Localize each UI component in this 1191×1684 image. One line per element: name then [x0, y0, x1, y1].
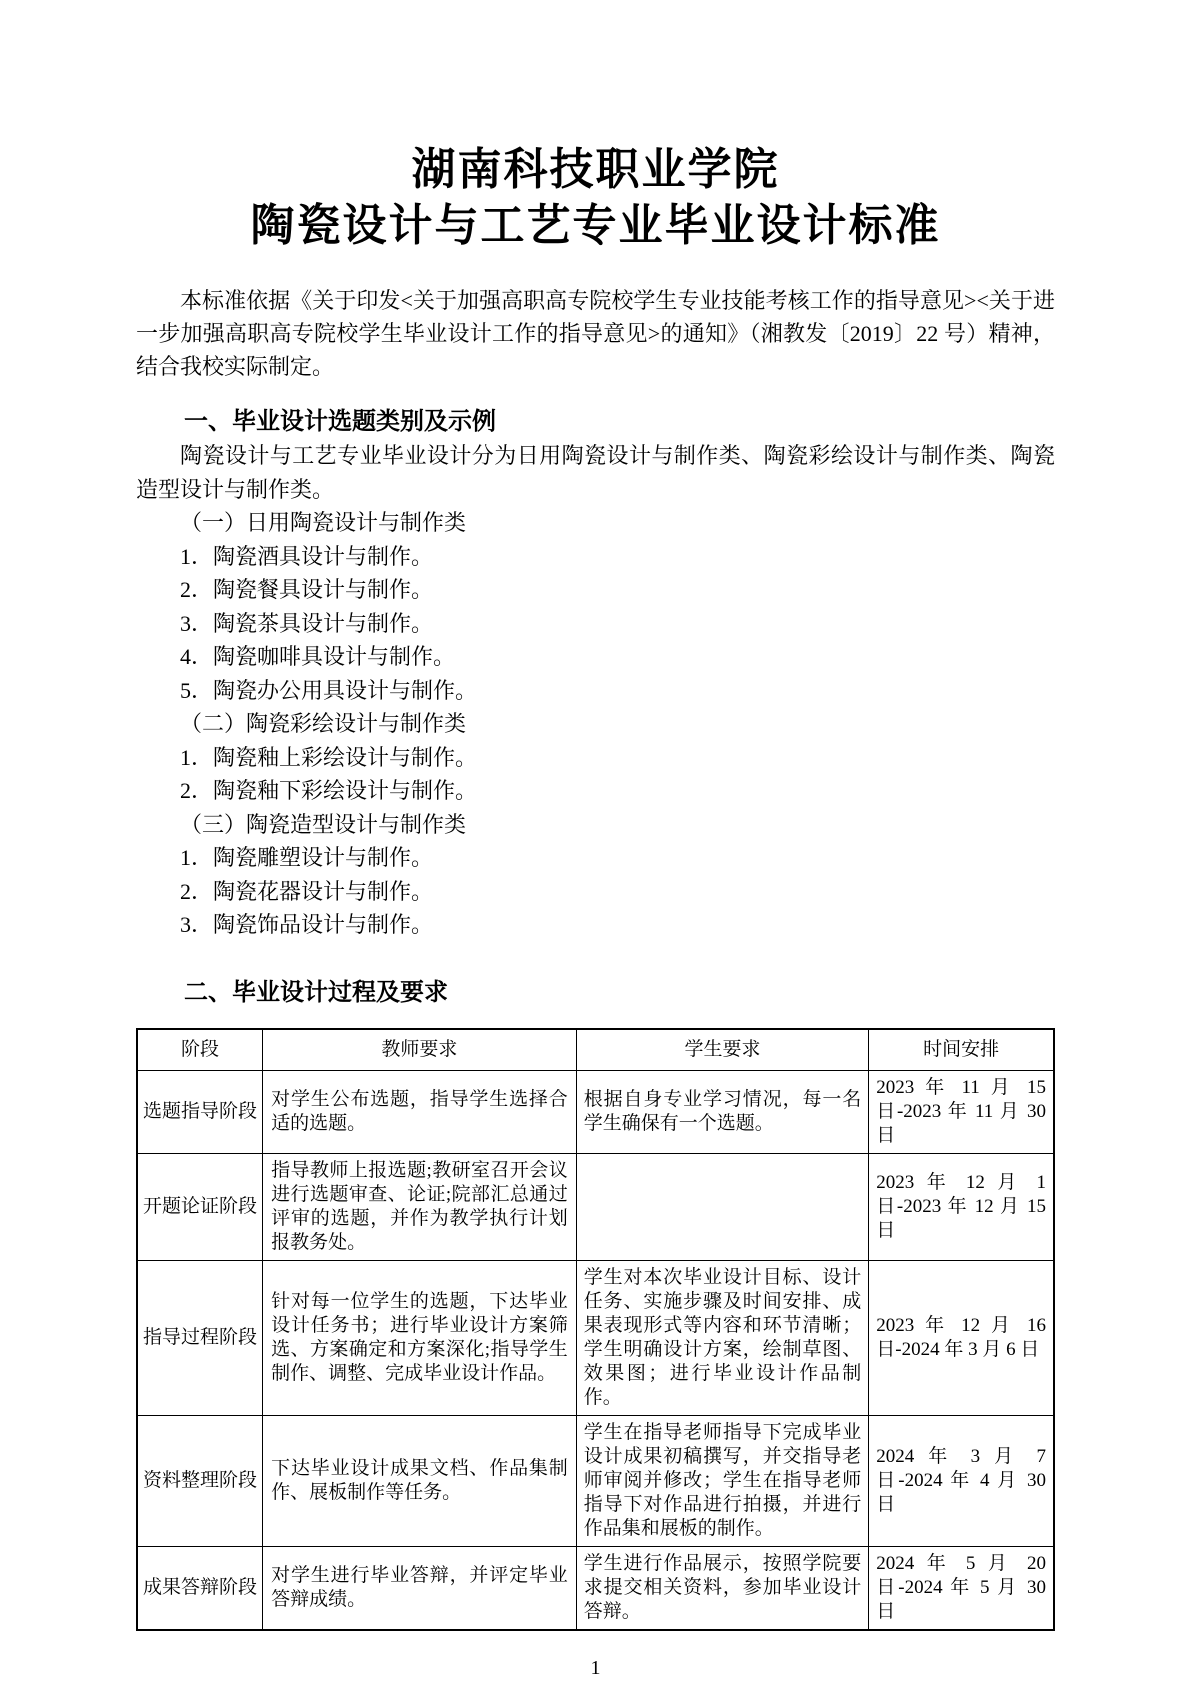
stage-cell: 选题指导阶段 [137, 1070, 263, 1153]
time-cell: 2024 年 5 月 20 日-2024 年 5 月 30 日 [869, 1546, 1054, 1630]
list-item: 1．陶瓷酒具设计与制作。 [136, 540, 1055, 574]
teacher-cell: 指导教师上报选题;教研室召开会议进行选题审查、论证;院部汇总通过评审的选题，并作… [263, 1153, 577, 1260]
section1-intro: 陶瓷设计与工艺专业毕业设计分为日用陶瓷设计与制作类、陶瓷彩绘设计与制作类、陶瓷造… [136, 439, 1055, 506]
section2-heading: 二、毕业设计过程及要求 [136, 976, 1055, 1010]
teacher-cell: 针对每一位学生的选题，下达毕业设计任务书；进行毕业设计方案筛选、方案确定和方案深… [263, 1260, 577, 1415]
table-row: 指导过程阶段 针对每一位学生的选题，下达毕业设计任务书；进行毕业设计方案筛选、方… [137, 1260, 1054, 1415]
table-row: 资料整理阶段 下达毕业设计成果文档、作品集制作、展板制作等任务。 学生在指导老师… [137, 1415, 1054, 1546]
list-item: 3．陶瓷茶具设计与制作。 [136, 607, 1055, 641]
stage-cell: 指导过程阶段 [137, 1260, 263, 1415]
table-header-row: 阶段 教师要求 学生要求 时间安排 [137, 1029, 1054, 1071]
table-header-time: 时间安排 [869, 1029, 1054, 1071]
teacher-cell: 对学生进行毕业答辩，并评定毕业答辩成绩。 [263, 1546, 577, 1630]
document-title-line1: 湖南科技职业学院 [136, 142, 1055, 198]
section1-heading: 一、毕业设计选题类别及示例 [136, 405, 1055, 439]
group-label: （二）陶瓷彩绘设计与制作类 [136, 707, 1055, 741]
student-cell: 根据自身专业学习情况，每一名学生确保有一个选题。 [576, 1070, 869, 1153]
list-item: 1．陶瓷雕塑设计与制作。 [136, 841, 1055, 875]
table-row: 成果答辩阶段 对学生进行毕业答辩，并评定毕业答辩成绩。 学生进行作品展示，按照学… [137, 1546, 1054, 1630]
time-cell: 2023 年 11 月 15 日-2023 年 11 月 30 日 [869, 1070, 1054, 1153]
page-number: 1 [136, 1657, 1055, 1680]
table-header-stage: 阶段 [137, 1029, 263, 1071]
time-cell: 2023 年 12 月 16 日-2024 年 3 月 6 日 [869, 1260, 1054, 1415]
table-row: 选题指导阶段 对学生公布选题，指导学生选择合适的选题。 根据自身专业学习情况，每… [137, 1070, 1054, 1153]
process-table: 阶段 教师要求 学生要求 时间安排 选题指导阶段 对学生公布选题，指导学生选择合… [136, 1028, 1055, 1631]
table-header-teacher: 教师要求 [263, 1029, 577, 1071]
list-item: 2．陶瓷餐具设计与制作。 [136, 573, 1055, 607]
group-label: （一）日用陶瓷设计与制作类 [136, 506, 1055, 540]
student-cell: 学生在指导老师指导下完成毕业设计成果初稿撰写，并交指导老师审阅并修改；学生在指导… [576, 1415, 869, 1546]
list-item: 5．陶瓷办公用具设计与制作。 [136, 674, 1055, 708]
time-cell: 2023 年 12 月 1 日-2023 年 12 月 15 日 [869, 1153, 1054, 1260]
list-item: 1．陶瓷釉上彩绘设计与制作。 [136, 741, 1055, 775]
document-title-line2: 陶瓷设计与工艺专业毕业设计标准 [136, 198, 1055, 254]
document-page: 湖南科技职业学院 陶瓷设计与工艺专业毕业设计标准 本标准依据《关于印发<关于加强… [0, 0, 1191, 1684]
intro-paragraph: 本标准依据《关于印发<关于加强高职高专院校学生专业技能考核工作的指导意见><关于… [136, 284, 1055, 383]
stage-cell: 成果答辩阶段 [137, 1546, 263, 1630]
table-header-student: 学生要求 [576, 1029, 869, 1071]
table-row: 开题论证阶段 指导教师上报选题;教研室召开会议进行选题审查、论证;院部汇总通过评… [137, 1153, 1054, 1260]
list-item: 3．陶瓷饰品设计与制作。 [136, 908, 1055, 942]
list-item: 2．陶瓷釉下彩绘设计与制作。 [136, 774, 1055, 808]
group-label: （三）陶瓷造型设计与制作类 [136, 808, 1055, 842]
document-title: 湖南科技职业学院 陶瓷设计与工艺专业毕业设计标准 [136, 142, 1055, 254]
stage-cell: 资料整理阶段 [137, 1415, 263, 1546]
list-item: 2．陶瓷花器设计与制作。 [136, 875, 1055, 909]
stage-cell: 开题论证阶段 [137, 1153, 263, 1260]
process-table-wrapper: 阶段 教师要求 学生要求 时间安排 选题指导阶段 对学生公布选题，指导学生选择合… [136, 1028, 1055, 1631]
student-cell: 学生进行作品展示，按照学院要求提交相关资料，参加毕业设计答辩。 [576, 1546, 869, 1630]
student-cell [576, 1153, 869, 1260]
teacher-cell: 下达毕业设计成果文档、作品集制作、展板制作等任务。 [263, 1415, 577, 1546]
time-cell: 2024 年 3 月 7 日-2024 年 4 月 30 日 [869, 1415, 1054, 1546]
list-item: 4．陶瓷咖啡具设计与制作。 [136, 640, 1055, 674]
teacher-cell: 对学生公布选题，指导学生选择合适的选题。 [263, 1070, 577, 1153]
student-cell: 学生对本次毕业设计目标、设计任务、实施步骤及时间安排、成果表现形式等内容和环节清… [576, 1260, 869, 1415]
